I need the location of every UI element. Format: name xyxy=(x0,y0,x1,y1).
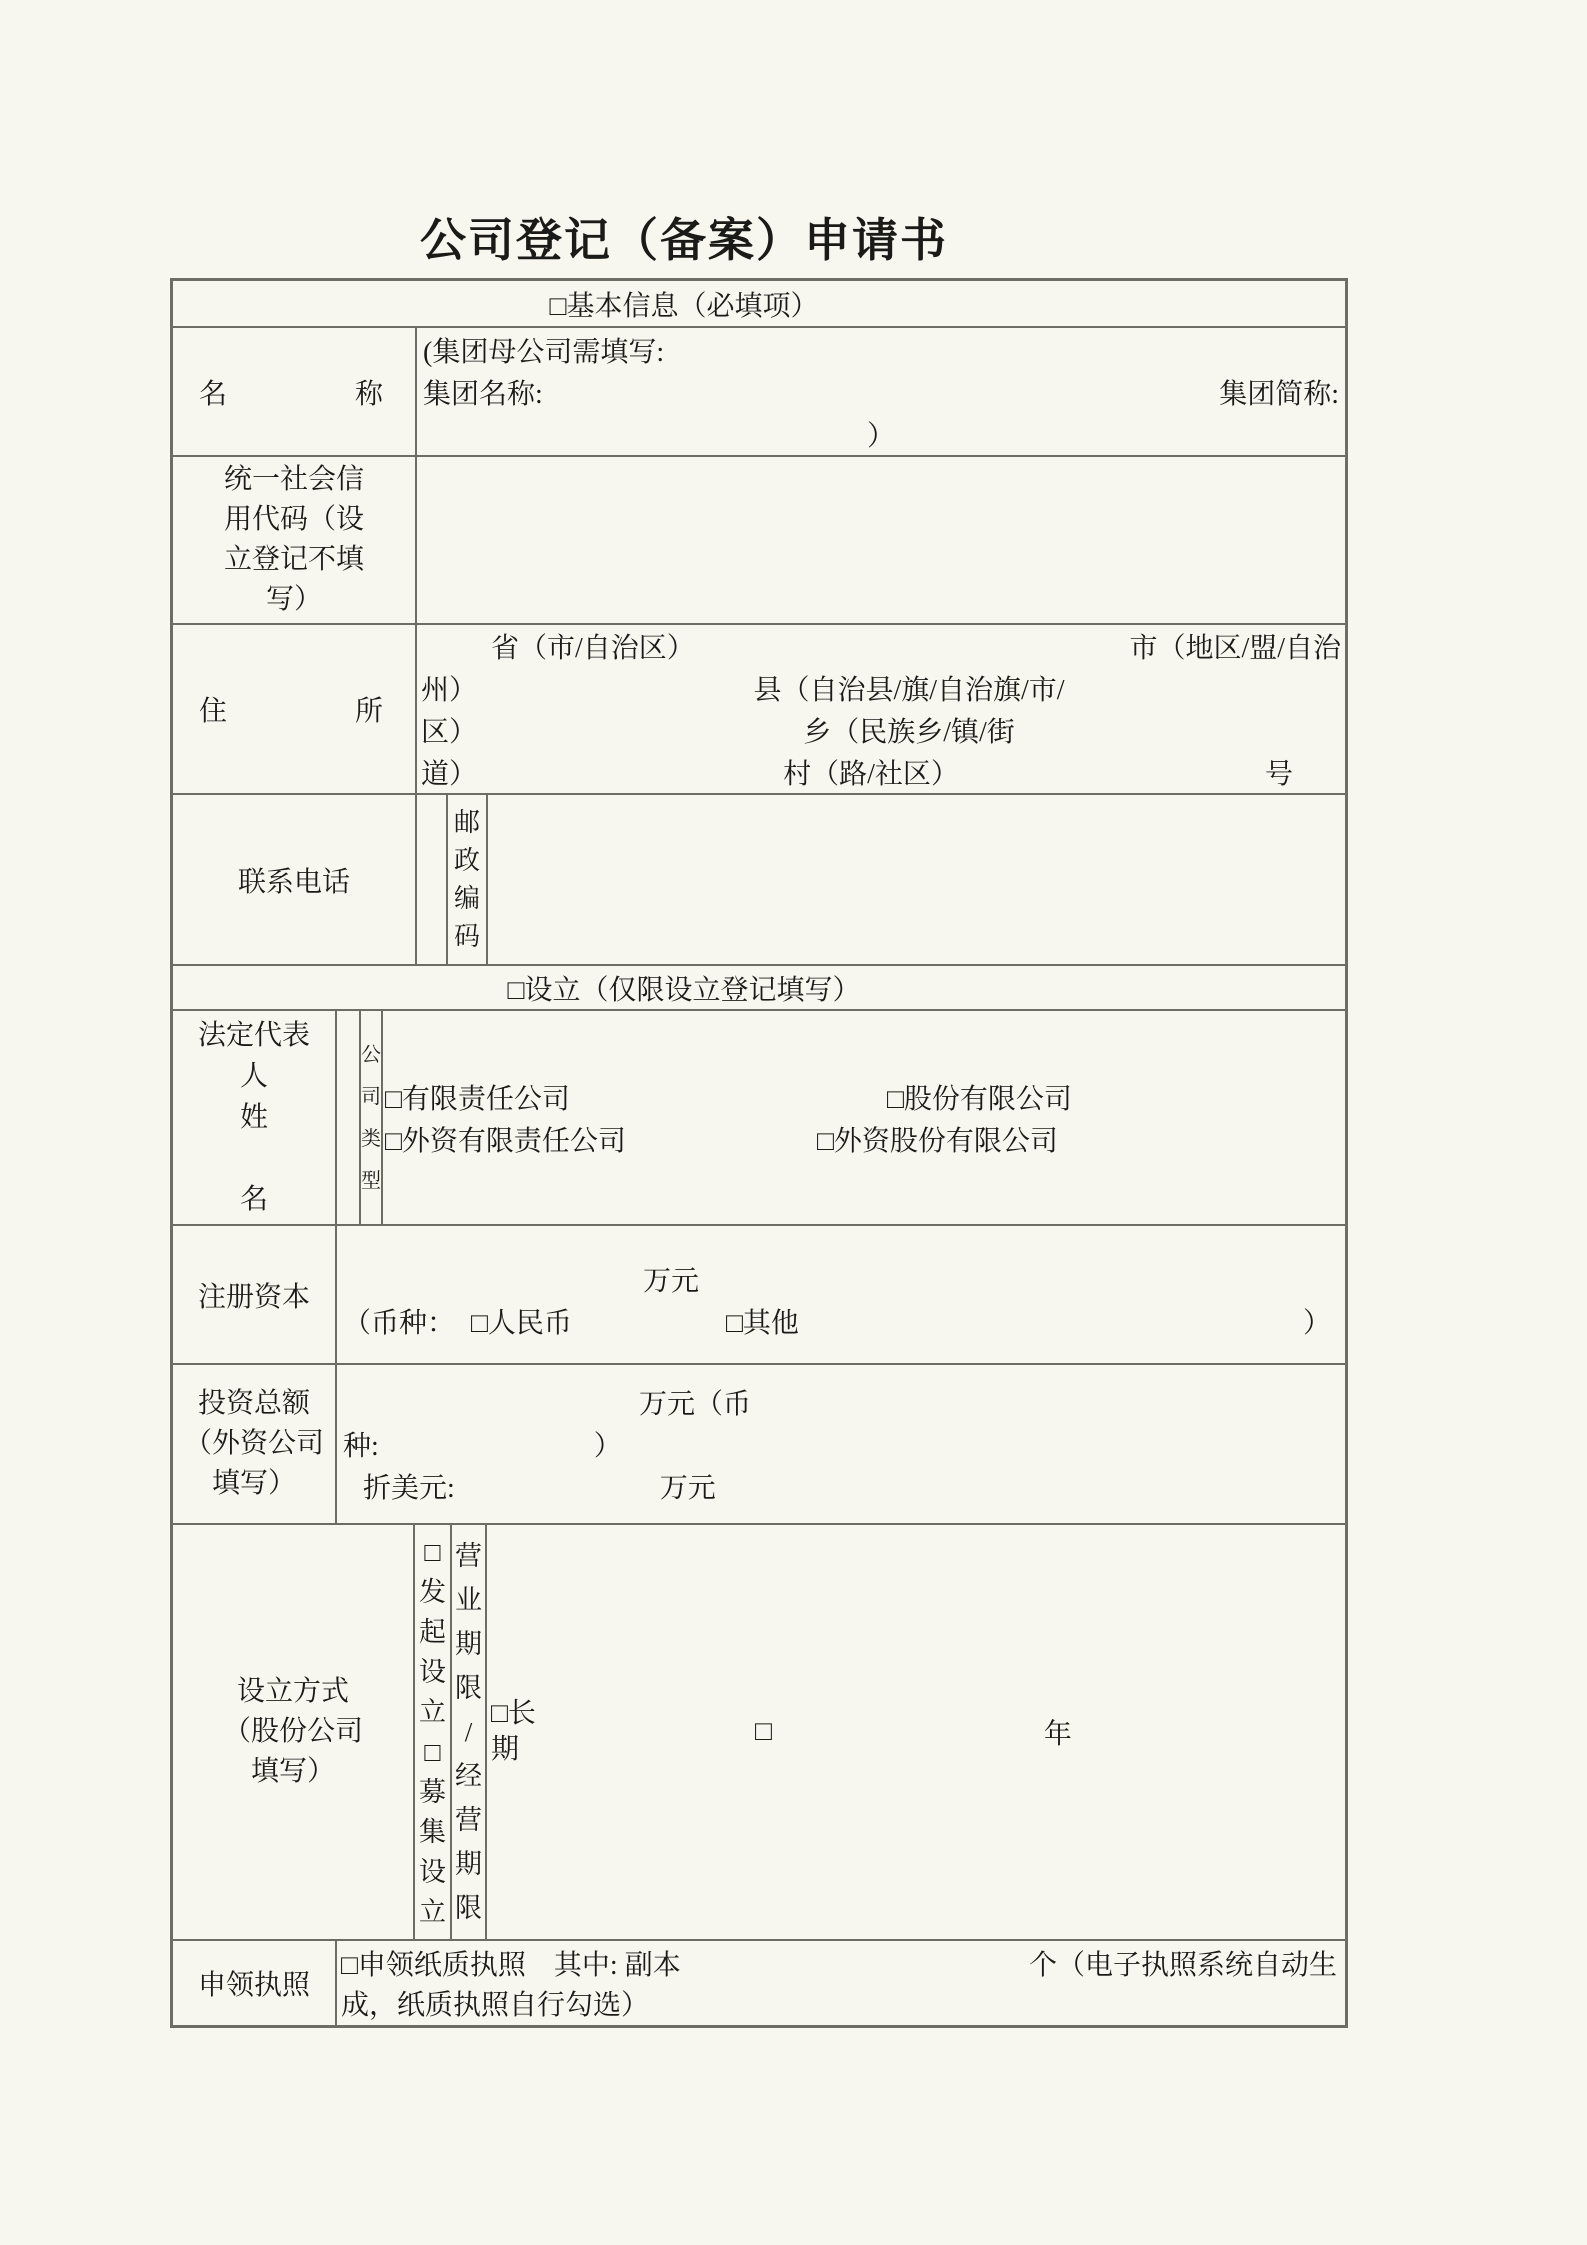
basic-info-section-cell: □基本信息（必填项） xyxy=(173,281,1345,326)
address-label-char-1: 住 xyxy=(199,689,227,729)
province-label: 省（市/自治区） xyxy=(491,626,695,666)
company-type-label-cell: 公 司 类 型 xyxy=(359,1011,381,1224)
credit-code-label-cell: 统一社会信用代码（设立登记不填写） xyxy=(173,457,415,623)
option-rmb-checkbox[interactable]: □人民币 xyxy=(471,1301,572,1341)
form-title: 公司登记（备案）申请书 xyxy=(170,204,1348,270)
address-line-3: 区） 乡（民族乡/镇/街 xyxy=(421,709,1341,751)
group-short-name-label: 集团简称: xyxy=(1219,372,1339,412)
license-copies-suffix: 个（电子执照系统自动生 xyxy=(1029,1943,1337,1983)
street-number-unit: 号 xyxy=(1265,752,1293,792)
legal-rep-label-cell: 法定代表 人 姓 名 xyxy=(173,1011,335,1224)
currency-label: （币种： xyxy=(343,1301,455,1341)
company-type-label: 公 司 类 型 xyxy=(361,1034,381,1202)
address-row: 住 所 省（市/自治区） 市（地区/盟/自治 州） 县（自治县/旗/自治旗/市/… xyxy=(173,623,1345,793)
investment-closing-paren: ） xyxy=(594,1424,622,1464)
license-content-cell: □申领纸质执照 其中: 副本 个（电子执照系统自动生 成，纸质执照自行勾选） xyxy=(335,1941,1345,2025)
phone-input-area[interactable] xyxy=(415,795,446,964)
registered-capital-content-cell: 万元 （币种： □人民币 □其他 ） xyxy=(335,1226,1345,1363)
investment-row: 投资总额（外资公司填写） 万元（币 种: ） 折美元: 万元 xyxy=(173,1363,1345,1523)
postal-code-label: 邮 政 编 码 xyxy=(454,804,480,956)
postal-code-label-cell: 邮 政 编 码 xyxy=(446,795,486,964)
company-type-options-line-2: □外资有限责任公司 □外资股份有限公司 xyxy=(385,1118,1339,1160)
registration-form-table: □基本信息（必填项） 名 称 (集团母公司需填写: 集团名称: 集团简称: ） xyxy=(170,278,1348,2028)
group-name-input-area[interactable] xyxy=(543,375,1219,409)
address-label-cell: 住 所 xyxy=(173,625,415,793)
year-unit: 年 xyxy=(1044,1712,1072,1752)
term-years-input-area[interactable] xyxy=(772,1715,1044,1749)
establishment-method-row: 设立方式（股份公司填写） □ 发 起 设 立 □ 募 集 设 立 营 业 期 限… xyxy=(173,1523,1345,1939)
county-wrap-label: 区） xyxy=(421,710,477,750)
name-label-char-2: 称 xyxy=(355,372,383,412)
investment-label: 投资总额（外资公司填写） xyxy=(179,1384,329,1504)
option-foreign-joint-stock-company-checkbox[interactable]: □外资股份有限公司 xyxy=(817,1119,1058,1159)
registered-capital-label: 注册资本 xyxy=(198,1275,310,1315)
license-label-cell: 申领执照 xyxy=(173,1941,335,2025)
name-label-cell: 名 称 xyxy=(173,328,415,455)
city-label: 市（地区/盟/自治 xyxy=(1129,626,1341,666)
registered-capital-row: 注册资本 万元 （币种： □人民币 □其他 ） xyxy=(173,1224,1345,1363)
investment-line-1: 万元（币 xyxy=(343,1381,1339,1423)
license-note-continuation: 成，纸质执照自行勾选） xyxy=(341,1983,649,2023)
city-wrap-label: 州） xyxy=(421,668,477,708)
usd-amount-input-area[interactable] xyxy=(455,1469,660,1503)
province-input-area[interactable] xyxy=(421,629,491,663)
option-joint-stock-company-checkbox[interactable]: □股份有限公司 xyxy=(887,1077,1072,1117)
postal-code-input-area[interactable] xyxy=(486,795,1345,964)
license-label: 申领执照 xyxy=(198,1963,310,2003)
address-line-2: 州） 县（自治县/旗/自治旗/市/ xyxy=(421,667,1341,709)
capital-currency-line: （币种： □人民币 □其他 ） xyxy=(343,1300,1339,1342)
investment-label-cell: 投资总额（外资公司填写） xyxy=(173,1365,335,1523)
name-label-char-1: 名 xyxy=(199,372,227,412)
capital-unit: 万元 xyxy=(643,1259,699,1299)
township-wrap-label: 道） xyxy=(421,752,477,792)
application-form-page: 公司登记（备案）申请书 □基本信息（必填项） 名 称 (集团母公司需填写: 集团… xyxy=(0,0,1587,2245)
township-label: 乡（民族乡/镇/街 xyxy=(803,710,1015,750)
fixed-term-checkbox[interactable]: □ xyxy=(755,1716,772,1748)
business-term-label-cell: 营 业 期 限 / 经 营 期 限 xyxy=(450,1525,485,1939)
credit-code-label: 统一社会信用代码（设立登记不填写） xyxy=(219,460,369,620)
company-type-options-cell: □有限责任公司 □股份有限公司 □外资有限责任公司 □外资股份有限公司 xyxy=(381,1011,1345,1224)
address-line-4: 道） 村（路/社区） 号 xyxy=(421,751,1341,793)
address-label-char-2: 所 xyxy=(355,689,383,729)
phone-label: 联系电话 xyxy=(238,860,350,900)
company-type-options-line-1: □有限责任公司 □股份有限公司 xyxy=(385,1076,1339,1118)
usd-equivalent-label: 折美元: xyxy=(363,1466,455,1506)
group-closing-paren: ） xyxy=(867,414,895,454)
legal-rep-row: 法定代表 人 姓 名 公 司 类 型 □有限责任公司 □股份有限公司 □外资有限… xyxy=(173,1009,1345,1224)
investment-line-2: 种: ） xyxy=(343,1423,1339,1465)
group-note-line: (集团母公司需填写: xyxy=(423,329,1339,371)
option-other-currency-checkbox[interactable]: □其他 xyxy=(726,1301,799,1341)
license-row: 申领执照 □申领纸质执照 其中: 副本 个（电子执照系统自动生 成，纸质执照自行… xyxy=(173,1939,1345,2025)
license-copies-label: 其中: 副本 xyxy=(554,1943,681,1983)
establishment-section-row: □设立（仅限设立登记填写） xyxy=(173,964,1345,1009)
group-close-line: ） xyxy=(423,413,1339,455)
license-line-1: □申领纸质执照 其中: 副本 个（电子执照系统自动生 xyxy=(341,1943,1339,1983)
legal-rep-label: 法定代表 人 姓 名 xyxy=(198,1015,310,1220)
currency-closing-paren: ） xyxy=(1303,1301,1331,1341)
business-term-content-cell: □长期 □ 年 xyxy=(485,1525,1345,1939)
investment-currency-input-area[interactable] xyxy=(379,1427,594,1461)
county-label: 县（自治县/旗/自治旗/市/ xyxy=(753,668,1064,708)
credit-code-input-area[interactable] xyxy=(415,457,1345,623)
legal-rep-name-input-area[interactable] xyxy=(335,1011,359,1224)
establishment-section-cell: □设立（仅限设立登记填写） xyxy=(173,966,1345,1009)
group-name-line: 集团名称: 集团简称: xyxy=(423,371,1339,413)
business-term-label: 营 业 期 限 / 经 营 期 限 xyxy=(455,1534,482,1930)
investment-unit: 万元（币 xyxy=(639,1382,751,1422)
basic-info-section-checkbox[interactable]: □基本信息（必填项） xyxy=(550,284,819,324)
name-content-cell: (集团母公司需填写: 集团名称: 集团简称: ） xyxy=(415,328,1345,455)
investment-currency-prefix: 种: xyxy=(343,1424,379,1464)
method-label: 设立方式（股份公司填写） xyxy=(218,1672,368,1792)
option-limited-company-checkbox[interactable]: □有限责任公司 xyxy=(385,1077,887,1117)
address-line-1: 省（市/自治区） 市（地区/盟/自治 xyxy=(421,625,1341,667)
method-options-cell: □ 发 起 设 立 □ 募 集 设 立 xyxy=(413,1525,450,1939)
option-foreign-limited-company-checkbox[interactable]: □外资有限责任公司 xyxy=(385,1119,817,1159)
registered-capital-label-cell: 注册资本 xyxy=(173,1226,335,1363)
group-name-label: 集团名称: xyxy=(423,372,543,412)
method-options-checkboxes[interactable]: □ 发 起 设 立 □ 募 集 设 立 xyxy=(419,1532,446,1932)
name-row: 名 称 (集团母公司需填写: 集团名称: 集团简称: ） xyxy=(173,326,1345,455)
investment-amount-input-area[interactable] xyxy=(343,1385,639,1419)
method-label-cell: 设立方式（股份公司填写） xyxy=(173,1525,413,1939)
establishment-section-checkbox[interactable]: □设立（仅限设立登记填写） xyxy=(508,968,861,1008)
capital-amount-line: 万元 xyxy=(343,1258,1339,1300)
option-long-term-checkbox[interactable]: □长期 xyxy=(491,1696,555,1768)
investment-content-cell: 万元（币 种: ） 折美元: 万元 xyxy=(335,1365,1345,1523)
investment-line-3: 折美元: 万元 xyxy=(343,1465,1339,1507)
address-content-cell: 省（市/自治区） 市（地区/盟/自治 州） 县（自治县/旗/自治旗/市/ 区） … xyxy=(415,625,1345,793)
license-copies-input-area[interactable] xyxy=(681,1946,1029,1980)
credit-code-row: 统一社会信用代码（设立登记不填写） xyxy=(173,455,1345,623)
group-note-text: (集团母公司需填写: xyxy=(423,330,664,370)
phone-row: 联系电话 邮 政 编 码 xyxy=(173,793,1345,964)
license-line-2: 成，纸质执照自行勾选） xyxy=(341,1983,1339,2023)
usd-unit: 万元 xyxy=(660,1466,716,1506)
village-label: 村（路/社区） xyxy=(783,752,959,792)
phone-label-cell: 联系电话 xyxy=(173,795,415,964)
option-paper-license-checkbox[interactable]: □申领纸质执照 xyxy=(341,1943,526,1983)
basic-info-section-row: □基本信息（必填项） xyxy=(173,281,1345,326)
capital-amount-input-area[interactable] xyxy=(343,1262,643,1296)
